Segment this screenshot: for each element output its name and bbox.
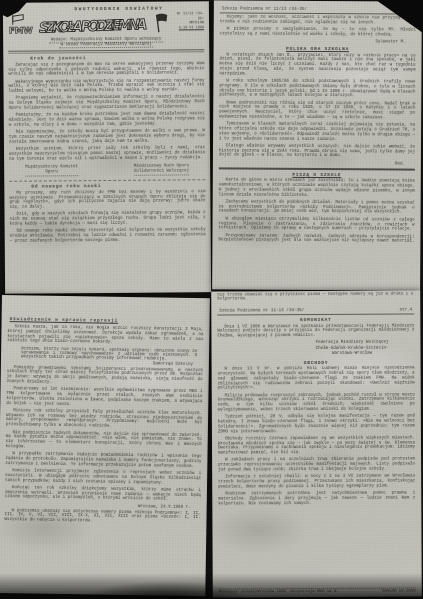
scanned-newspaper: DWUTYGODNIK OŚWIATOWY FMW SZKOŁA PODZIEM… xyxy=(0,0,423,599)
flag-doodle-icon xyxy=(154,13,169,35)
publisher-line-2: w skład Federacji Młodzieży Walczącej xyxy=(8,42,204,49)
paragraph: Wszystkim uczniom, którzy przez cały rok… xyxy=(9,146,205,162)
paragraph: W piśmie prosimy o uwzględnianie, że my … xyxy=(220,27,416,38)
article-heading: POLSKA GRA SZKOLNA xyxy=(220,47,416,53)
paragraph: My prosimy, aby ruch zbliżony do FMW był… xyxy=(9,190,205,211)
paragraph: Miniony rok szkolny przyniósł falę przes… xyxy=(6,409,202,431)
paragraph: Zachęcamy wszystkich do podobnych działa… xyxy=(219,200,415,216)
paragraph: Pamiętajmy, że na każdym kroku potrzebna… xyxy=(9,112,205,128)
page-3: Oświadczenie w sprawie represji Szkoła n… xyxy=(0,295,210,596)
page-header-title: Szkoła Podziemna nr 11-13 /34-35/ xyxy=(219,308,304,313)
paragraph: Od nowego roku nauki chcemy rozszerzyć s… xyxy=(10,228,206,244)
fmw-logo-text: FMW xyxy=(9,26,33,36)
masthead-title-lettering: SZKOŁA PODZIEMNA xyxy=(36,11,151,39)
article-body: W dniu 13 V br. w pobliżu Hali Ludowej m… xyxy=(218,367,416,507)
article-heading: Od nowego roku nauki xyxy=(31,184,205,190)
paragraph: W ostatnich dniach Jan B., przyjaciel, k… xyxy=(219,53,415,78)
page-number: str.4 xyxy=(399,307,412,312)
paragraph: Karta do głosu w wielu szkołach już zais… xyxy=(219,179,415,199)
signature-left: Międzyszkolny Komitet Oporu xyxy=(25,165,78,177)
article-heading: Oświadczenie w sprawie represji xyxy=(10,317,119,324)
paragraph: Szkoła nasza, jak co roku, nie mogła ucz… xyxy=(7,325,203,347)
article-signature: Red. xyxy=(219,161,405,166)
page-header-title: Szkoła Podziemna nr 11/13 /34-35/ xyxy=(222,6,307,12)
paragraph: Zwracając się z pożegnaniem do Was na ok… xyxy=(8,62,204,78)
section-divider xyxy=(219,167,415,170)
article-body: Karta do głosu w wielu szkołach już zais… xyxy=(218,179,414,245)
paragraph: W zakładach pracy i na uczelniach trwa z… xyxy=(218,458,415,473)
paragraph: Tydzień później, 20 V, odbyła się kolejn… xyxy=(218,415,415,435)
article-heading: PISZĄ O SZKOLE xyxy=(219,172,415,178)
paragraph: Nowe podręczniki nie różnią się od stary… xyxy=(219,101,415,121)
paragraph: Dziś, gdy w naszych szkołach formują się… xyxy=(10,212,206,228)
article-body: My prosimy, aby ruch zbliżony do FMW był… xyxy=(9,190,205,244)
issue-block: Nr 11/13 /34-35/ WROCŁAW 5-19 VI 1986 xyxy=(172,12,204,30)
footer-circulation: NAKŁAD ok.2000 xyxy=(382,589,416,593)
paragraph: Przypominamy zarazem: żadnych nazwisk, ż… xyxy=(218,234,414,245)
paragraph: Obchody rocznicy Czerwca zapowiadane są … xyxy=(218,436,415,456)
paragraph: W dniu 13 V br. w pobliżu Hali Ludowej m… xyxy=(218,367,415,392)
section-divider xyxy=(9,180,205,183)
signature-right: Młodzieżowy Ruch Oporu Solidarności Walc… xyxy=(134,164,189,176)
overlapping-text-line: nie trzeba obawiać się o przyszłość pism… xyxy=(217,292,414,301)
footer-imprint: Redaguje zespół/Wrocław 1986. Kolportuje… xyxy=(219,590,339,595)
paragraph: Rodzinom zatrzymanych potrzebna jest nat… xyxy=(218,492,415,507)
page-4: nie trzeba obawiać się o przyszłość pism… xyxy=(211,290,422,597)
fmw-logo-icon: FMW xyxy=(8,14,34,38)
paragraph: Dlatego właśnie wzywamy wszystkich ucząc… xyxy=(219,144,415,160)
page-footer: Redaguje zespół/Wrocław 1986. Kolportuje… xyxy=(219,587,416,594)
article-body: Zwracając się z pożegnaniem do Was na ok… xyxy=(8,62,205,162)
paragraph: bujemy; jako że wolność, uczciwość i wsp… xyxy=(220,15,416,26)
communique-body: Dnia 1 VI 1986 w Warszawie na spotkaniu … xyxy=(217,324,414,339)
paragraph: Komisja Interwencji przyjmuje zgłoszenia… xyxy=(5,469,201,486)
paragraph: Pomiędzy prawdziwymi tekstami Solidarnoś… xyxy=(7,366,203,388)
masthead-title: SZKOŁA PODZIEMNA xyxy=(38,17,147,37)
issues-list-note: W podziemiu ukazały się dotychczas numer… xyxy=(4,509,200,526)
paragraph: Powtarzamy od lat niezmiennie: wszelkie … xyxy=(6,387,202,409)
paragraph: Wakacyjnego wypoczynku nie wykorzystuje … xyxy=(8,79,204,95)
masthead: FMW SZKOŁA PODZIEMNA Nr 11/13 /34-35/ WR… xyxy=(8,12,204,38)
paragraph: Tymczasem w klasach maturalnych coraz cz… xyxy=(219,123,415,143)
page-header: Szkoła Podziemna nr 11/13 /34-35/ str.2 xyxy=(220,6,416,14)
article-body: Szkoła nasza, jak co roku, nie mogła ucz… xyxy=(7,325,203,347)
communique-signature: Federacja Młodzieży Walczącej Chełm-Gdań… xyxy=(316,341,389,358)
page-header: Szkoła Podziemna nr 11-13 /34-35/ str.4 xyxy=(217,307,414,315)
paragraph: W roku szkolnym 1985/86 do szkół podstaw… xyxy=(219,79,415,99)
paragraph: Pragniemy wyjaśnić, że rozpowszechnianie… xyxy=(9,96,205,112)
paragraph: Kończąc ten rok szkolny dziękujemy wszys… xyxy=(5,486,201,503)
article-body: W ostatnich dniach Jan B., przyjaciel, k… xyxy=(219,53,416,160)
paragraph: Nie zapominajmy, że szkoły muszą być prz… xyxy=(9,129,205,145)
article-body: Pomiędzy prawdziwymi tekstami Solidarnoś… xyxy=(5,366,203,504)
article-heading: OBCHODY xyxy=(218,360,415,366)
paragraph: Informacja z ostatniej chwili: w nocy z … xyxy=(218,475,415,490)
masthead-rule xyxy=(8,49,204,54)
paragraph: W ubiegłym miesiącu otrzymaliśmy kilkana… xyxy=(218,217,414,233)
paragraph: Nie podpisujcie żadnych dokumentów, nie … xyxy=(6,431,202,453)
issue-date: 5-19 VI 1986 xyxy=(172,26,204,31)
continuation-signature: Sylwester M. xyxy=(220,40,406,45)
signature-row: Międzyszkolny Komitet Oporu Młodzieżowy … xyxy=(9,163,205,179)
paragraph: Milicja próbowała rozproszyć zebranych, … xyxy=(218,393,415,413)
issue-number: Nr 11/13 /34-35/ xyxy=(172,12,204,21)
page-2: Szkoła Podziemna nr 11/13 /34-35/ str.2 … xyxy=(212,0,422,290)
continuation-body: bujemy; jako że wolność, uczciwość i wsp… xyxy=(220,15,416,38)
article-heading: Krok do jawności xyxy=(30,55,204,61)
paragraph: W przypadku zatrzymania żądajcie powiado… xyxy=(5,452,201,469)
page-1: DWUTYGODNIK OŚWIATOWY FMW SZKOŁA PODZIEM… xyxy=(3,1,211,294)
communique-heading: KOMUNIKAT xyxy=(217,317,414,323)
